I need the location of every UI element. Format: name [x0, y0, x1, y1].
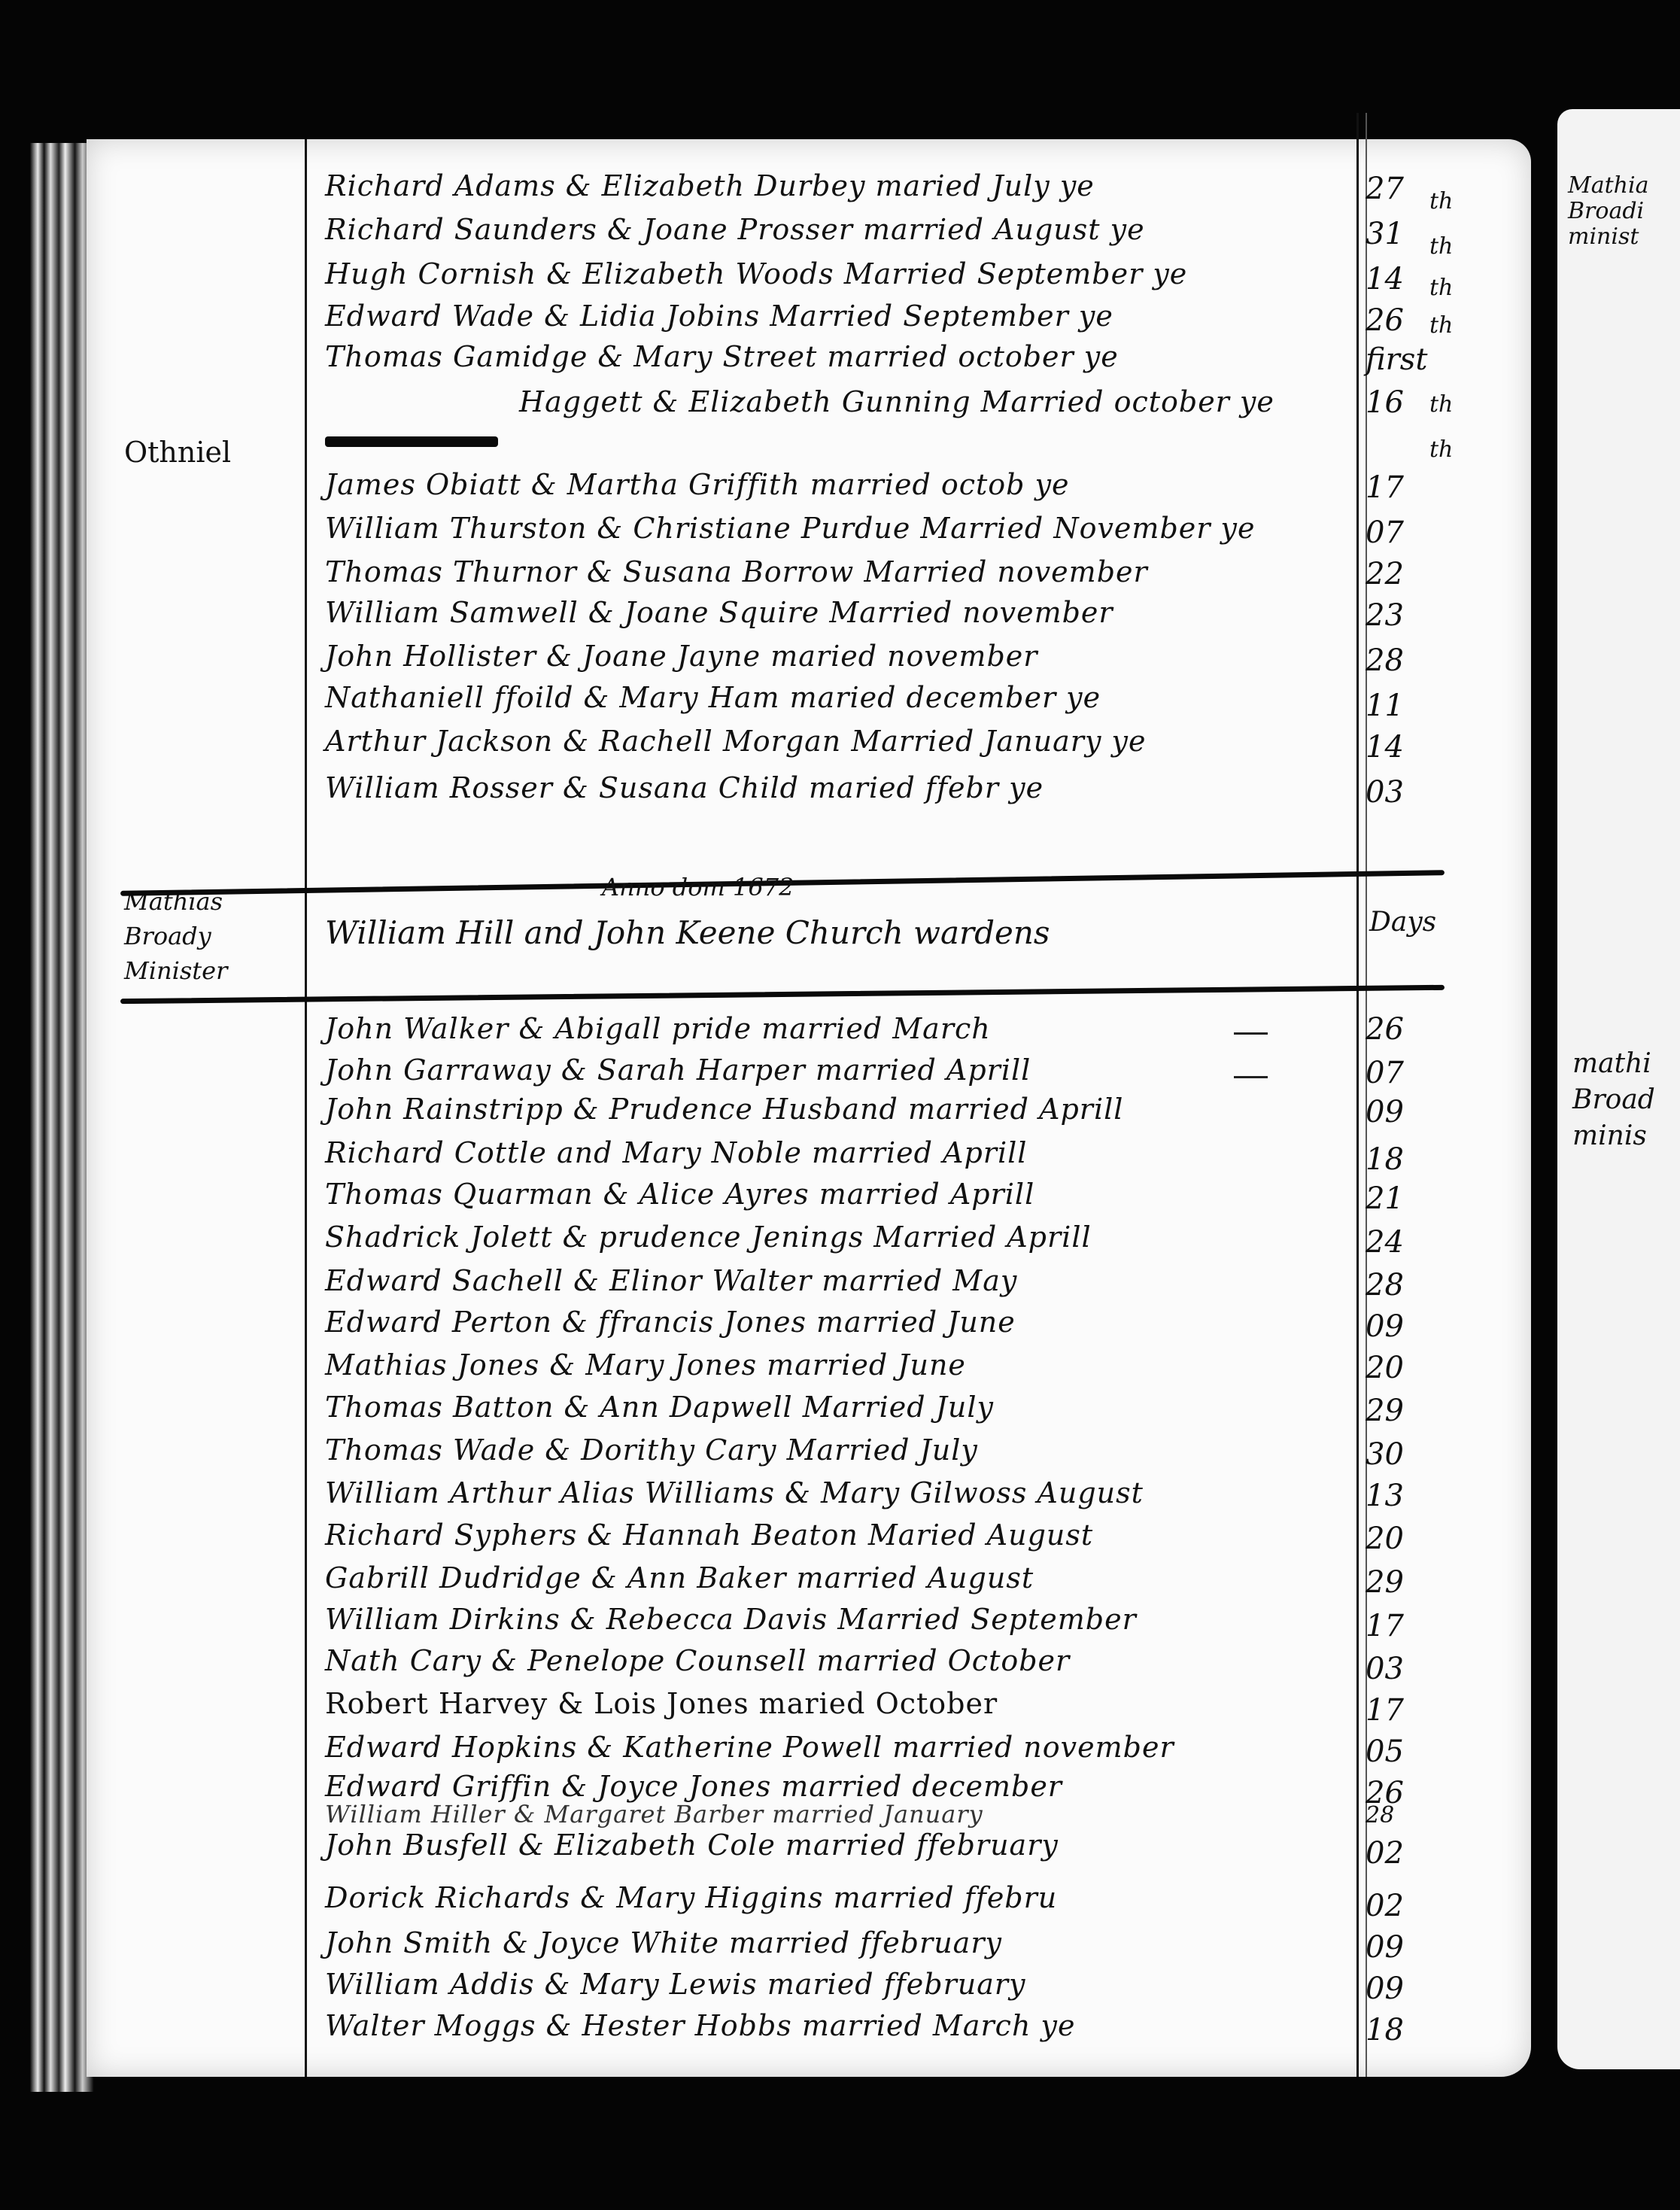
entry-day: 23 — [1366, 598, 1404, 633]
register-entry: Haggett & Elizabeth Gunning Married octo… — [519, 385, 1274, 418]
register-entry: Edward Griffin & Joyce Jones married dec… — [325, 1770, 1062, 1803]
register-entry: Edward Hopkins & Katherine Powell marrie… — [325, 1731, 1174, 1764]
register-entry: John Garraway & Sarah Harper married Apr… — [325, 1053, 1031, 1087]
register-entry: John Walker & Abigall pride married Marc… — [325, 1012, 991, 1045]
entry-day: 28 — [1366, 1268, 1404, 1303]
entry-day: 03 — [1366, 1652, 1404, 1686]
entry-day: 17 — [1366, 470, 1404, 505]
entry-day: 16 — [1366, 385, 1404, 420]
entry-day: 09 — [1366, 1930, 1404, 1965]
register-entry: John Hollister & Joane Jayne maried nove… — [325, 640, 1037, 673]
register-entry: Edward Perton & ffrancis Jones married J… — [325, 1306, 1016, 1339]
register-entry: James Obiatt & Martha Griffith married o… — [325, 468, 1070, 501]
entry-day: 20 — [1366, 1351, 1404, 1385]
entry-day: 02 — [1366, 1889, 1404, 1923]
margin-note-othniel: Othniel — [124, 436, 231, 468]
struck-out-name — [325, 436, 498, 447]
register-entry: Shadrick Jolett & prudence Jenings Marri… — [325, 1221, 1092, 1254]
book-spine — [30, 143, 94, 2092]
entry-day: 29 — [1366, 1565, 1404, 1600]
entry-day: 28 — [1366, 643, 1404, 678]
entry-day-suffix: th — [1429, 275, 1453, 301]
register-entry: Thomas Thurnor & Susana Borrow Married n… — [325, 555, 1148, 588]
entry-day: 30 — [1366, 1437, 1404, 1472]
entry-day: 14 — [1366, 730, 1404, 765]
year-heading: Anno dom 1672 — [602, 873, 794, 901]
entry-day: 09 — [1366, 1309, 1404, 1344]
register-entry: Edward Wade & Lidia Jobins Married Septe… — [325, 299, 1113, 333]
entry-day: first — [1366, 342, 1427, 377]
day-column-header: Days — [1369, 907, 1436, 938]
register-entry: Robert Harvey & Lois Jones maried Octobe… — [325, 1687, 998, 1720]
entry-day: 21 — [1366, 1181, 1404, 1216]
register-entry: Gabrill Dudridge & Ann Baker married Aug… — [325, 1561, 1034, 1594]
entry-day: 28 — [1366, 1802, 1394, 1828]
register-entry: Hugh Cornish & Elizabeth Woods Married S… — [325, 257, 1187, 290]
entry-day-suffix: th — [1429, 188, 1453, 214]
entry-day: 14 — [1366, 262, 1404, 296]
register-entry: William Arthur Alias Williams & Mary Gil… — [325, 1476, 1144, 1509]
register-entry: Richard Cottle and Mary Noble married Ap… — [325, 1136, 1027, 1169]
entry-day-suffix: th — [1429, 436, 1453, 463]
entry-day: 26 — [1366, 303, 1404, 338]
entry-day: 18 — [1366, 2013, 1404, 2047]
register-entry: Dorick Richards & Mary Higgins married f… — [325, 1881, 1057, 1914]
entry-day: 02 — [1366, 1836, 1404, 1871]
entry-day: 11 — [1366, 689, 1404, 723]
entry-day: 26 — [1366, 1012, 1404, 1047]
entry-day: 22 — [1366, 557, 1404, 591]
register-entry: John Rainstripp & Prudence Husband marri… — [325, 1093, 1123, 1126]
register-entry: Nath Cary & Penelope Counsell married Oc… — [325, 1644, 1070, 1677]
register-entry: Thomas Wade & Dorithy Cary Married July — [325, 1433, 978, 1467]
register-entry: Nathaniell ffoild & Mary Ham maried dece… — [325, 681, 1101, 714]
entry-day: 24 — [1366, 1225, 1404, 1260]
entry-dash — [1234, 1076, 1268, 1078]
register-entry: John Smith & Joyce White married ffebrua… — [325, 1926, 1002, 1959]
register-entry: Richard Saunders & Joane Prosser married… — [325, 213, 1145, 246]
register-entry: William Addis & Mary Lewis maried ffebru… — [325, 1968, 1026, 2001]
register-entry: Arthur Jackson & Rachell Morgan Married … — [325, 725, 1146, 758]
margin-note-minister: Mathias Broady Minister — [124, 884, 227, 988]
register-entry: Thomas Quarman & Alice Ayres married Apr… — [325, 1178, 1034, 1211]
register-entry: William Dirkins & Rebecca Davis Married … — [325, 1603, 1137, 1636]
facing-middle-minister-note: mathi Broad minis — [1572, 1046, 1655, 1154]
facing-top-minister-note: Mathia Broadi minist — [1568, 173, 1648, 250]
entry-day: 07 — [1366, 1056, 1404, 1090]
entry-day: 18 — [1366, 1142, 1404, 1177]
churchwardens-line: William Hill and John Keene Church warde… — [325, 914, 1050, 951]
entry-day: 17 — [1366, 1693, 1404, 1728]
entry-day: 13 — [1366, 1479, 1404, 1513]
entry-day: 07 — [1366, 515, 1404, 550]
entry-day: 20 — [1366, 1521, 1404, 1556]
entry-day-suffix: th — [1429, 391, 1453, 418]
register-entry: Richard Adams & Elizabeth Durbey maried … — [325, 169, 1095, 202]
register-entry: Walter Moggs & Hester Hobbs married Marc… — [325, 2009, 1075, 2042]
register-entry: William Thurston & Christiane Purdue Mar… — [325, 512, 1255, 545]
entry-day: 03 — [1366, 775, 1404, 810]
register-entry: John Busfell & Elizabeth Cole married ff… — [325, 1828, 1059, 1862]
register-entry: William Rosser & Susana Child maried ffe… — [325, 771, 1044, 804]
register-entry: Edward Sachell & Elinor Walter married M… — [325, 1264, 1017, 1297]
register-entry-faint: William Hiller & Margaret Barber married… — [325, 1800, 983, 1828]
entry-day: 31 — [1366, 217, 1404, 251]
entry-day-suffix: th — [1429, 233, 1453, 260]
register-entry: Richard Syphers & Hannah Beaton Maried A… — [325, 1518, 1093, 1552]
register-entry: William Samwell & Joane Squire Married n… — [325, 596, 1113, 629]
entry-day: 29 — [1366, 1394, 1404, 1428]
entry-day: 09 — [1366, 1971, 1404, 2006]
entry-day: 27 — [1366, 172, 1404, 206]
register-entry: Thomas Gamidge & Mary Street married oct… — [325, 340, 1119, 373]
entry-day-suffix: th — [1429, 312, 1453, 339]
entry-day: 17 — [1366, 1609, 1404, 1643]
day-column-ruling — [1356, 113, 1359, 2077]
register-entry: Thomas Batton & Ann Dapwell Married July — [325, 1391, 994, 1424]
facing-page-edge: Mathia Broadi minist mathi Broad minis — [1557, 109, 1680, 2069]
left-margin-ruling — [305, 139, 307, 2077]
entry-day: 09 — [1366, 1095, 1404, 1129]
entry-dash — [1234, 1032, 1268, 1035]
entry-day: 05 — [1366, 1734, 1404, 1769]
register-entry: Mathias Jones & Mary Jones married June — [325, 1348, 966, 1382]
